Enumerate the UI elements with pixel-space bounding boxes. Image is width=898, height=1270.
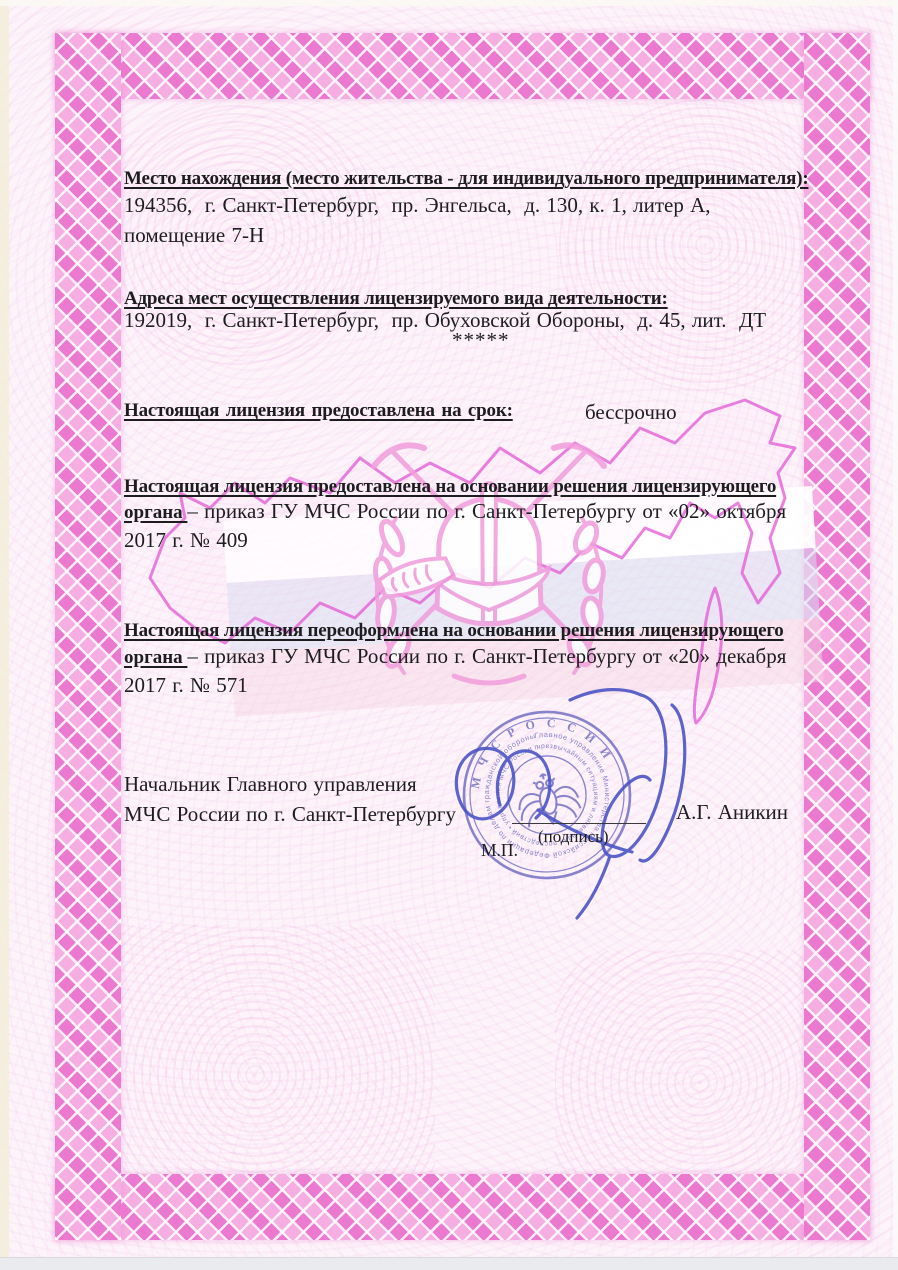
location-line1: 194356, г. Санкт-Петербург, пр. Энгельса… bbox=[124, 193, 711, 218]
reissued-line3: 2017 г. № 571 bbox=[124, 673, 248, 698]
scan-edge-left bbox=[0, 0, 9, 1270]
signature-caption: (подпись) bbox=[538, 827, 609, 847]
signatory-name: А.Г. Аникин bbox=[676, 800, 788, 825]
reissued-org-word: органа bbox=[124, 647, 187, 668]
scan-edge-right bbox=[893, 0, 898, 1270]
seal-mark: М.П. bbox=[481, 840, 518, 861]
location-line2: помещение 7-Н bbox=[124, 223, 264, 248]
granted-line2: органа – приказ ГУ МЧС России по г. Санк… bbox=[124, 499, 786, 524]
granted-line3: 2017 г. № 409 bbox=[124, 528, 248, 553]
license-document-page: Место нахождения (место жительства - для… bbox=[0, 0, 898, 1270]
signatory-title-line2: МЧС России по г. Санкт-Петербургу bbox=[124, 802, 456, 827]
location-heading: Место нахождения (место жительства - для… bbox=[124, 168, 808, 190]
scan-edge-top bbox=[0, 0, 898, 6]
reissued-line2: органа – приказ ГУ МЧС России по г. Санк… bbox=[124, 644, 786, 669]
reissued-heading-line1: Настоящая лицензия переоформлена на осно… bbox=[124, 620, 784, 642]
guilloche-border-bottom bbox=[55, 1174, 870, 1240]
guilloche-border-top bbox=[55, 33, 870, 99]
scan-edge-bottom bbox=[0, 1257, 898, 1270]
addresses-stars: ***** bbox=[452, 328, 510, 353]
granted-line2-rest: – приказ ГУ МЧС России по г. Санкт-Петер… bbox=[187, 499, 786, 523]
signature-line bbox=[512, 823, 646, 824]
guilloche-border-left bbox=[55, 33, 121, 1240]
activity-addresses-heading: Адреса мест осуществления лицензируемого… bbox=[124, 288, 668, 310]
handwritten-signature bbox=[420, 658, 720, 938]
activity-addresses-line1: 192019, г. Санкт-Петербург, пр. Обуховск… bbox=[124, 308, 766, 333]
granted-org-word: органа bbox=[124, 502, 187, 523]
term-value: бессрочно bbox=[585, 400, 677, 425]
signatory-title-line1: Начальник Главного управления bbox=[124, 772, 417, 797]
term-heading: Настоящая лицензия предоставлена на срок… bbox=[124, 400, 513, 422]
granted-heading-line1: Настоящая лицензия предоставлена на осно… bbox=[124, 476, 776, 498]
reissued-line2-rest: – приказ ГУ МЧС России по г. Санкт-Петер… bbox=[187, 644, 786, 668]
